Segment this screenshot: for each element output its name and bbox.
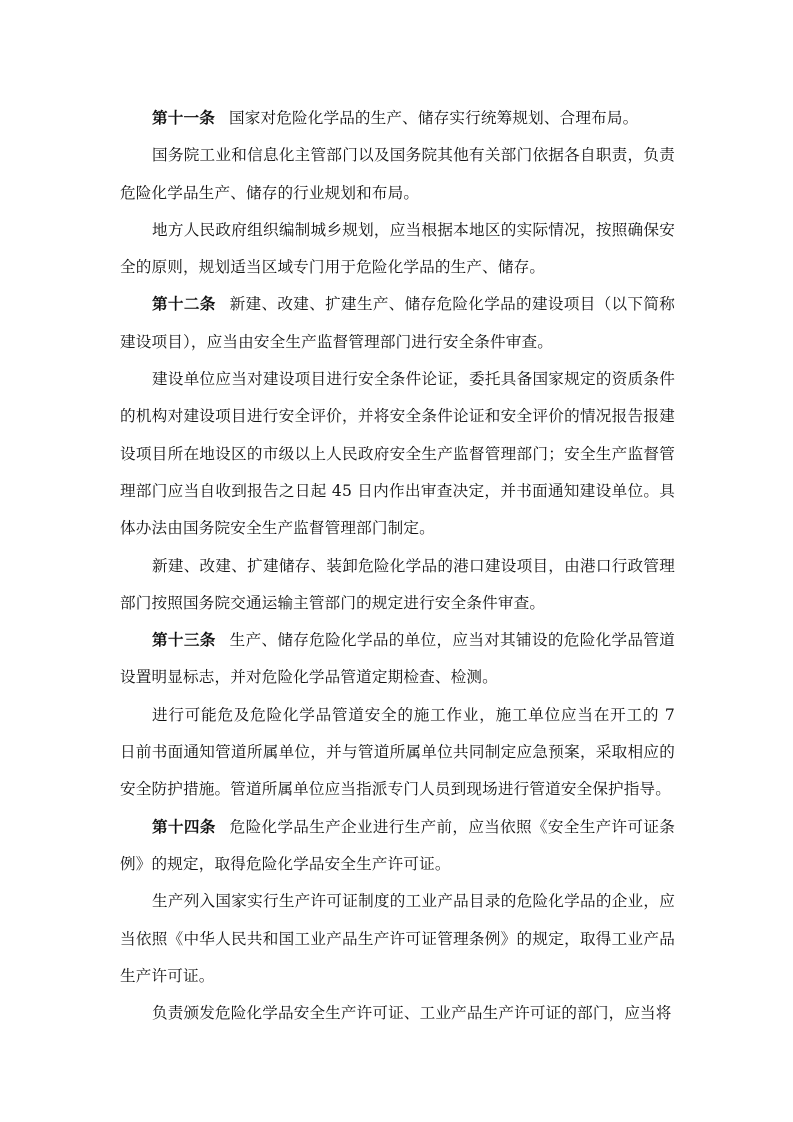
paragraph-text: 负责颁发危险化学品安全生产许可证、工业产品生产许可证的部门，应当将 xyxy=(152,1004,672,1022)
paragraph-text: 进行可能危及危险化学品管道安全的施工作业，施工单位应当在开工的 7 日前书面通知… xyxy=(120,706,675,799)
paragraph: 负责颁发危险化学品安全生产许可证、工业产品生产许可证的部门，应当将 xyxy=(120,995,675,1032)
document-page: 第十一条国家对危险化学品的生产、储存实行统筹规划、合理布局。 国务院工业和信息化… xyxy=(120,100,675,1032)
paragraph-article-11: 第十一条国家对危险化学品的生产、储存实行统筹规划、合理布局。 xyxy=(120,100,675,137)
paragraph: 建设单位应当对建设项目进行安全条件论证，委托具备国家规定的资质条件的机构对建设项… xyxy=(120,361,675,547)
article-heading: 第十三条 xyxy=(152,631,216,649)
paragraph-article-12: 第十二条新建、改建、扩建生产、储存危险化学品的建设项目（以下简称建设项目），应当… xyxy=(120,286,675,361)
paragraph: 生产列入国家实行生产许可证制度的工业产品目录的危险化学品的企业，应当依照《中华人… xyxy=(120,883,675,995)
article-heading: 第十二条 xyxy=(152,295,216,313)
paragraph-article-13: 第十三条生产、储存危险化学品的单位，应当对其铺设的危险化学品管道设置明显标志，并… xyxy=(120,622,675,697)
paragraph-text: 地方人民政府组织编制城乡规划，应当根据本地区的实际情况，按照确保安全的原则，规划… xyxy=(120,221,675,276)
article-heading: 第十四条 xyxy=(152,818,216,836)
paragraph-text: 生产列入国家实行生产许可证制度的工业产品目录的危险化学品的企业，应当依照《中华人… xyxy=(120,892,675,985)
paragraph-article-14: 第十四条危险化学品生产企业进行生产前，应当依照《安全生产许可证条例》的规定，取得… xyxy=(120,809,675,884)
paragraph: 新建、改建、扩建储存、装卸危险化学品的港口建设项目，由港口行政管理部门按照国务院… xyxy=(120,548,675,623)
paragraph: 进行可能危及危险化学品管道安全的施工作业，施工单位应当在开工的 7 日前书面通知… xyxy=(120,697,675,809)
paragraph-text: 国务院工业和信息化主管部门以及国务院其他有关部门依据各自职责，负责危险化学品生产… xyxy=(120,146,675,201)
paragraph: 国务院工业和信息化主管部门以及国务院其他有关部门依据各自职责，负责危险化学品生产… xyxy=(120,137,675,212)
article-heading: 第十一条 xyxy=(152,109,215,127)
paragraph-text: 新建、改建、扩建储存、装卸危险化学品的港口建设项目，由港口行政管理部门按照国务院… xyxy=(120,557,675,612)
paragraph-text: 国家对危险化学品的生产、储存实行统筹规划、合理布局。 xyxy=(229,109,638,127)
paragraph-text: 建设单位应当对建设项目进行安全条件论证，委托具备国家规定的资质条件的机构对建设项… xyxy=(120,370,675,537)
paragraph: 地方人民政府组织编制城乡规划，应当根据本地区的实际情况，按照确保安全的原则，规划… xyxy=(120,212,675,287)
